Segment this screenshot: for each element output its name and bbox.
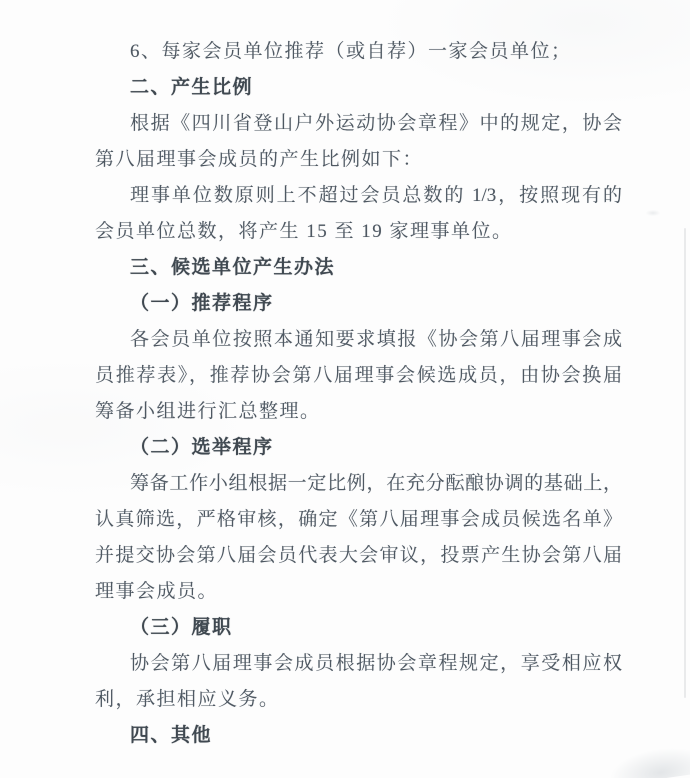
text-line: 三、候选单位产生办法 — [95, 250, 622, 286]
text-line: 第八届理事会成员的产生比例如下： — [95, 142, 622, 178]
text-line: 员推荐表》，推荐协会第八届理事会候选成员，由协会换届 — [95, 358, 622, 394]
text-line: 6、每家会员单位推荐（或自荐）一家会员单位； — [95, 34, 622, 70]
text-line: （三）履职 — [95, 610, 622, 646]
text-line: 筹备工作小组根据一定比例，在充分酝酿协调的基础上， — [95, 466, 622, 502]
scanned-document-page: 6、每家会员单位推荐（或自荐）一家会员单位；二、产生比例根据《四川省登山户外运动… — [0, 0, 690, 778]
text-line: 理事会成员。 — [95, 574, 622, 610]
text-line: 二、产生比例 — [95, 70, 622, 106]
text-line: 四、其他 — [95, 718, 622, 754]
scan-speck-artifact — [646, 210, 660, 216]
text-line: 会员单位总数，将产生 15 至 19 家理事单位。 — [95, 214, 622, 250]
document-body: 6、每家会员单位推荐（或自荐）一家会员单位；二、产生比例根据《四川省登山户外运动… — [95, 34, 622, 754]
text-line: 筹备小组进行汇总整理。 — [95, 394, 622, 430]
text-line: 理事单位数原则上不超过会员总数的 1/3，按照现有的 — [95, 178, 622, 214]
text-line: 协会第八届理事会成员根据协会章程规定，享受相应权 — [95, 646, 622, 682]
text-line: 各会员单位按照本通知要求填报《协会第八届理事会成 — [95, 322, 622, 358]
text-line: 根据《四川省登山户外运动协会章程》中的规定，协会 — [95, 106, 622, 142]
scan-edge-artifact — [684, 228, 686, 698]
text-line: 认真筛选，严格审核，确定《第八届理事会成员候选名单》 — [95, 502, 622, 538]
text-line: 并提交协会第八届会员代表大会审议，投票产生协会第八届 — [95, 538, 622, 574]
text-line: 利，承担相应义务。 — [95, 682, 622, 718]
text-line: （一）推荐程序 — [95, 286, 622, 322]
text-line: （二）选举程序 — [95, 430, 622, 466]
